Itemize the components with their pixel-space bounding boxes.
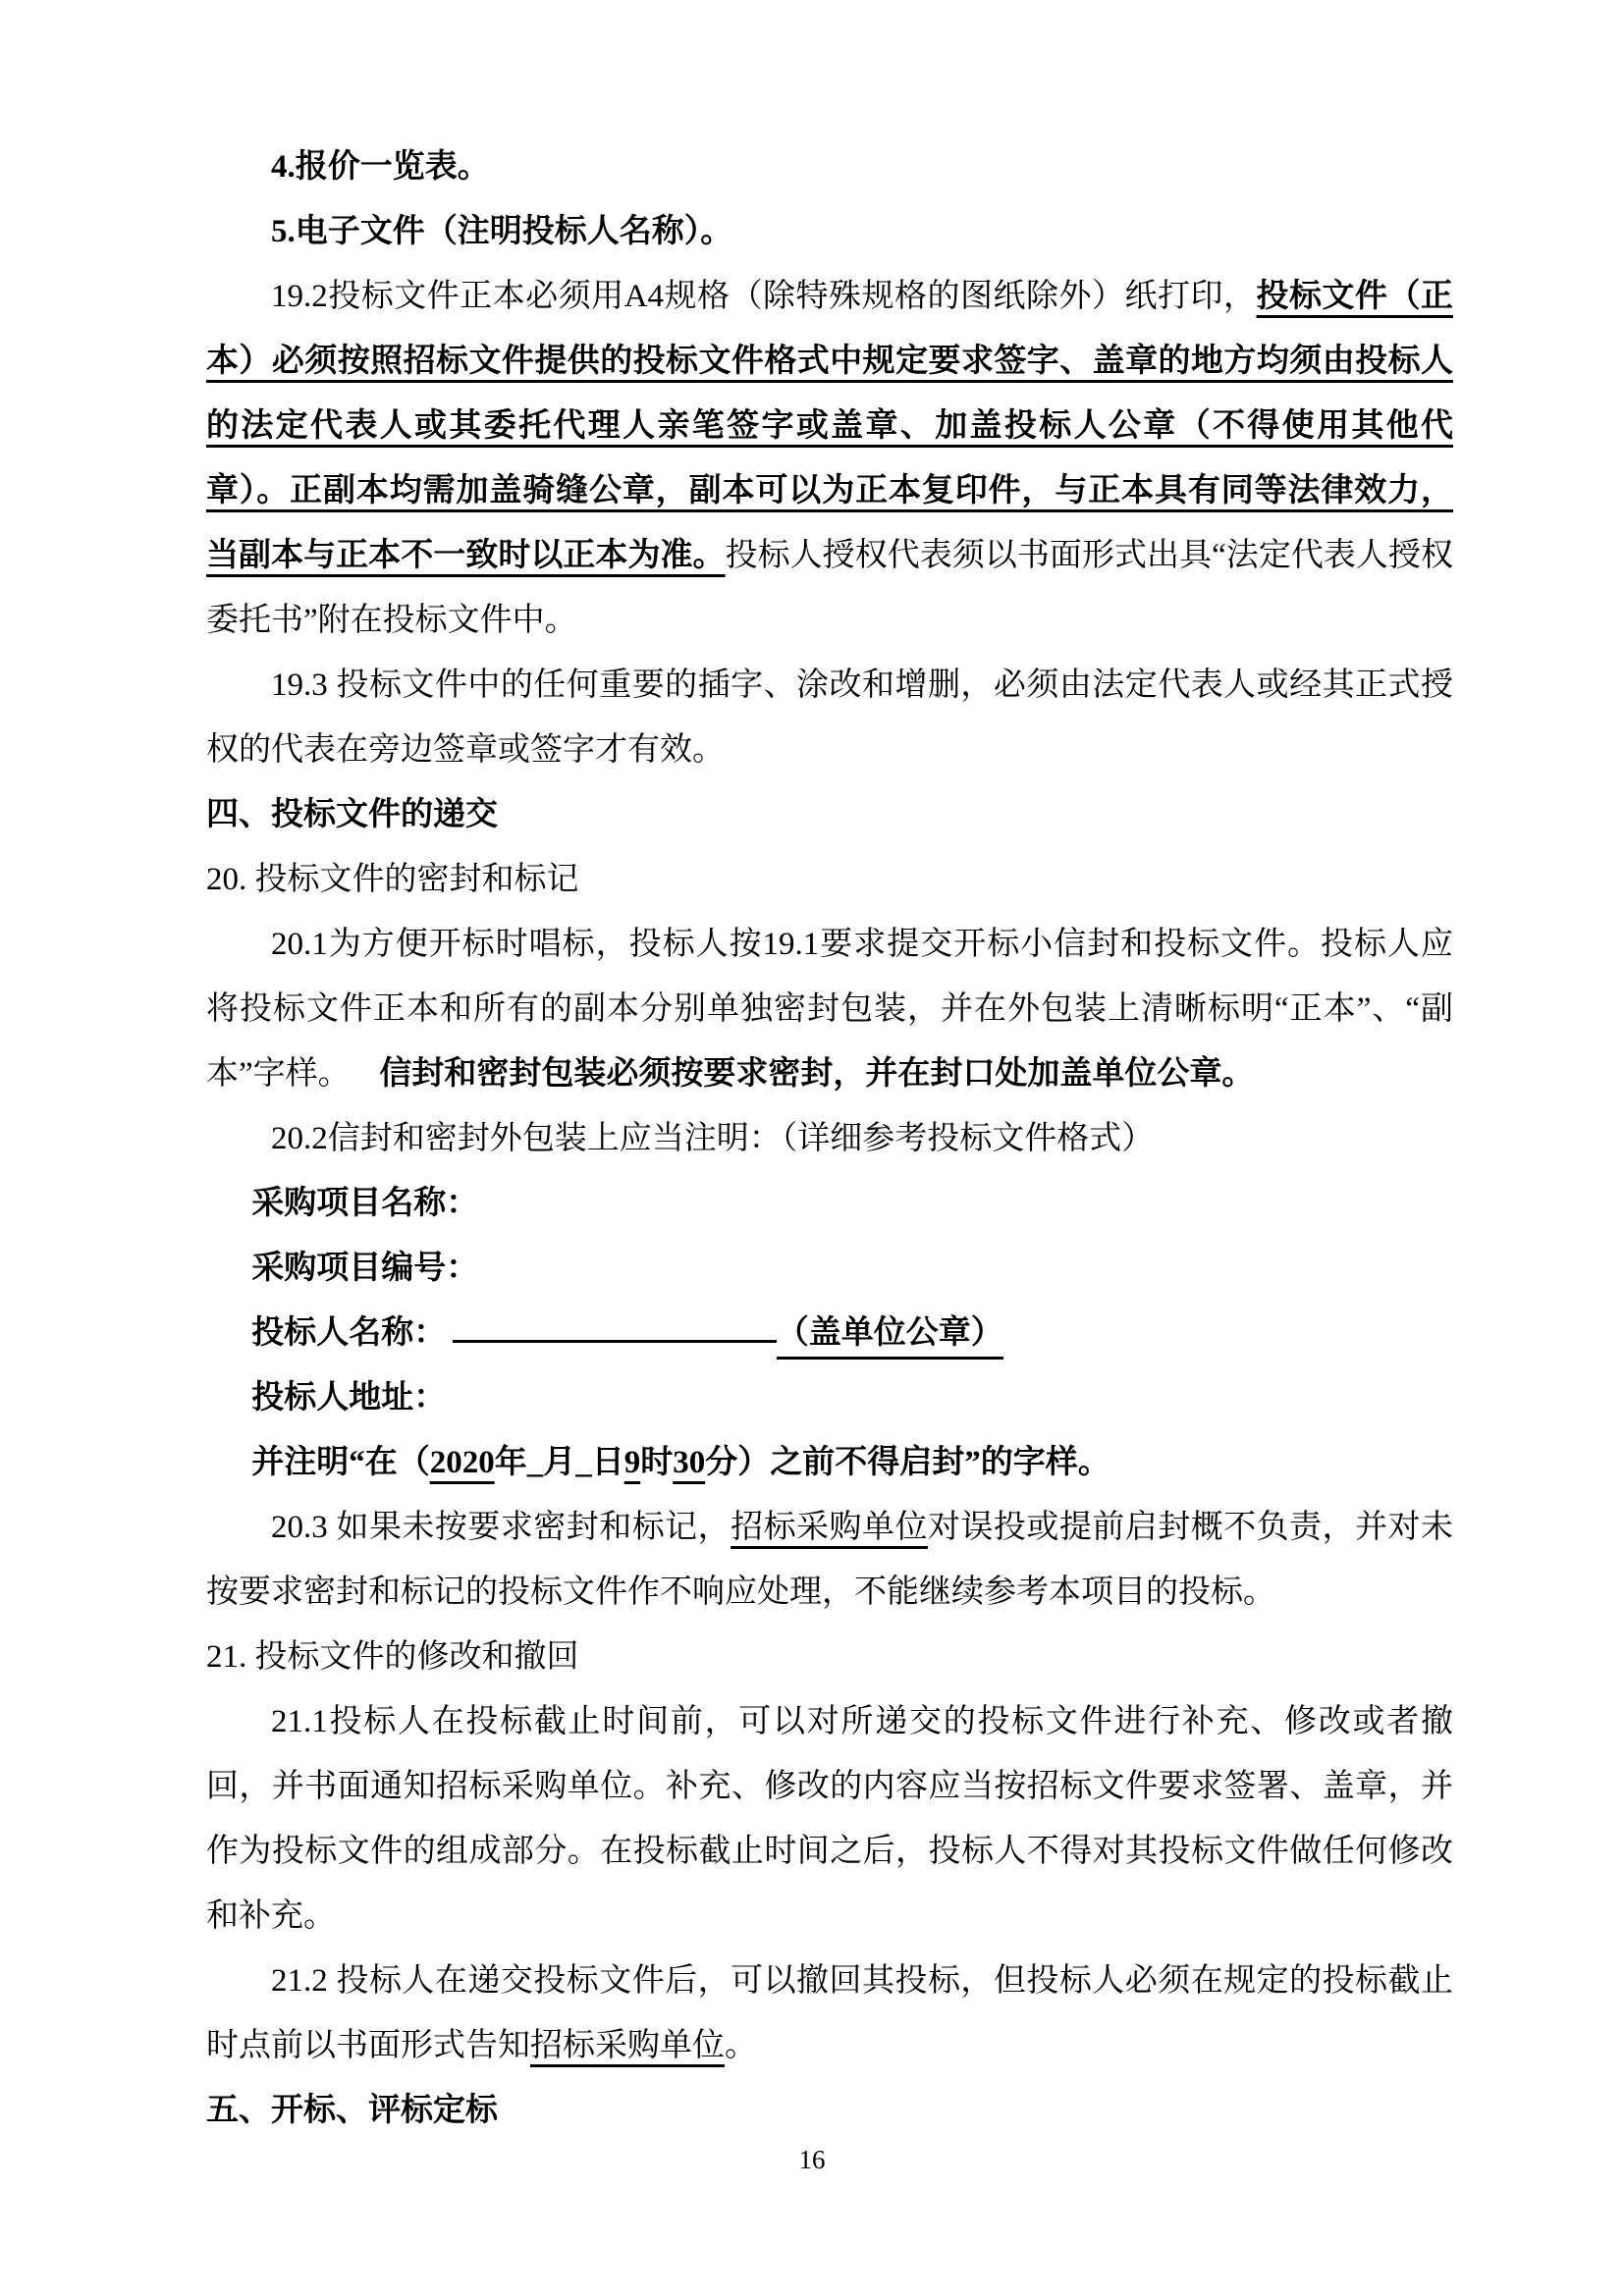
label-project-name: 采购项目名称： xyxy=(251,1186,478,1221)
note-prefix: 并注明“在（ xyxy=(251,1445,430,1480)
paragraph-21-2-a: 21.2 投标人在递交投标文件后，可以撤回其投标，但投标人必须在规定的投标截止时… xyxy=(206,1963,1453,2063)
document-page: 4.报价一览表。 5.电子文件（注明投标人名称）。 19.2投标文件正本必须用A… xyxy=(206,134,1453,2143)
paragraph-19-2: 19.2投标文件正本必须用A4规格（除特殊规格的图纸除外）纸打印，投标文件（正本… xyxy=(206,264,1453,653)
paragraph-19-2-bold-underline: 投标文件（正本）必须按照招标文件提供的投标文件格式中规定要求签字、盖章的地方均须… xyxy=(206,279,1453,573)
paragraph-21-2-b: 。 xyxy=(725,2028,757,2063)
label-bidder-address: 投标人地址： xyxy=(251,1380,446,1415)
paragraph-20-1-bold: 信封和密封包装必须按要求密封，并在封口处加盖单位公章。 xyxy=(379,1056,1254,1092)
bidder-name-blank-field xyxy=(453,1310,777,1343)
note-hour: 9 xyxy=(624,1445,641,1480)
clause-21-title: 21. 投标文件的修改和撤回 xyxy=(206,1625,1453,1689)
list-item-4-text: 4.报价一览表。 xyxy=(271,149,490,185)
note-mid1: 年_月_日 xyxy=(495,1445,624,1480)
paragraph-21-2-underlined: 招标采购单位 xyxy=(530,2028,725,2063)
paragraph-19-2-normal: 19.2投标文件正本必须用A4规格（除特殊规格的图纸除外）纸打印， xyxy=(271,279,1257,314)
label-bidder-name-row: 投标人名称：（盖单位公章） xyxy=(206,1301,1453,1365)
label-project-name-row: 采购项目名称： xyxy=(206,1171,1453,1236)
paragraph-21-1: 21.1投标人在投标截止时间前，可以对所递交的投标文件进行补充、修改或者撤回，并… xyxy=(206,1689,1453,1949)
note-year: 2020 xyxy=(430,1445,495,1480)
label-bidder-name: 投标人名称： xyxy=(251,1315,446,1351)
list-item-5-text: 5.电子文件（注明投标人名称）。 xyxy=(271,214,732,249)
paragraph-21-1-text: 21.1投标人在投标截止时间前，可以对所递交的投标文件进行补充、修改或者撤回，并… xyxy=(206,1704,1453,1934)
paragraph-20-3-underlined: 招标采购单位 xyxy=(731,1510,928,1545)
paragraph-20-2-text: 20.2信封和密封外包装上应当注明：（详细参考投标文件格式） xyxy=(271,1121,1154,1156)
section-heading-4-text: 四、投标文件的递交 xyxy=(206,797,498,832)
note-mid2: 时 xyxy=(640,1445,673,1480)
note-suffix: 分）之前不得启封”的字样。 xyxy=(705,1445,1110,1480)
paragraph-19-3: 19.3 投标文件中的任何重要的插字、涂改和增删，必须由法定代表人或经其正式授权… xyxy=(206,653,1453,782)
list-item-4: 4.报价一览表。 xyxy=(206,134,1453,199)
seal-deadline-note-row: 并注明“在（2020年_月_日9时30分）之前不得启封”的字样。 xyxy=(206,1430,1453,1495)
clause-20-title: 20. 投标文件的密封和标记 xyxy=(206,847,1453,912)
section-heading-5: 五、开标、评标定标 xyxy=(206,2078,1453,2143)
paragraph-20-2: 20.2信封和密封外包装上应当注明：（详细参考投标文件格式） xyxy=(206,1106,1453,1171)
section-heading-4: 四、投标文件的递交 xyxy=(206,782,1453,847)
label-project-number: 采购项目编号： xyxy=(251,1251,478,1286)
paragraph-20-3-a: 20.3 如果未按要求密封和标记， xyxy=(271,1510,731,1545)
section-heading-5-text: 五、开标、评标定标 xyxy=(206,2093,498,2128)
label-project-number-row: 采购项目编号： xyxy=(206,1236,1453,1301)
list-item-5: 5.电子文件（注明投标人名称）。 xyxy=(206,199,1453,264)
paragraph-20-1: 20.1为方便开标时唱标，投标人按19.1要求提交开标小信封和投标文件。投标人应… xyxy=(206,912,1453,1106)
note-minute: 30 xyxy=(673,1445,705,1480)
paragraph-19-3-text: 19.3 投标文件中的任何重要的插字、涂改和增删，必须由法定代表人或经其正式授权… xyxy=(206,667,1453,768)
paragraph-21-2: 21.2 投标人在递交投标文件后，可以撤回其投标，但投标人必须在规定的投标截止时… xyxy=(206,1949,1453,2078)
paragraph-20-3: 20.3 如果未按要求密封和标记，招标采购单位对误投或提前启封概不负责，并对未按… xyxy=(206,1495,1453,1625)
clause-21-title-text: 21. 投标文件的修改和撤回 xyxy=(206,1639,579,1675)
seal-note: （盖单位公章） xyxy=(777,1315,1003,1360)
label-bidder-address-row: 投标人地址： xyxy=(206,1365,1453,1430)
page-number: 16 xyxy=(0,2143,1624,2176)
clause-20-title-text: 20. 投标文件的密封和标记 xyxy=(206,862,579,897)
